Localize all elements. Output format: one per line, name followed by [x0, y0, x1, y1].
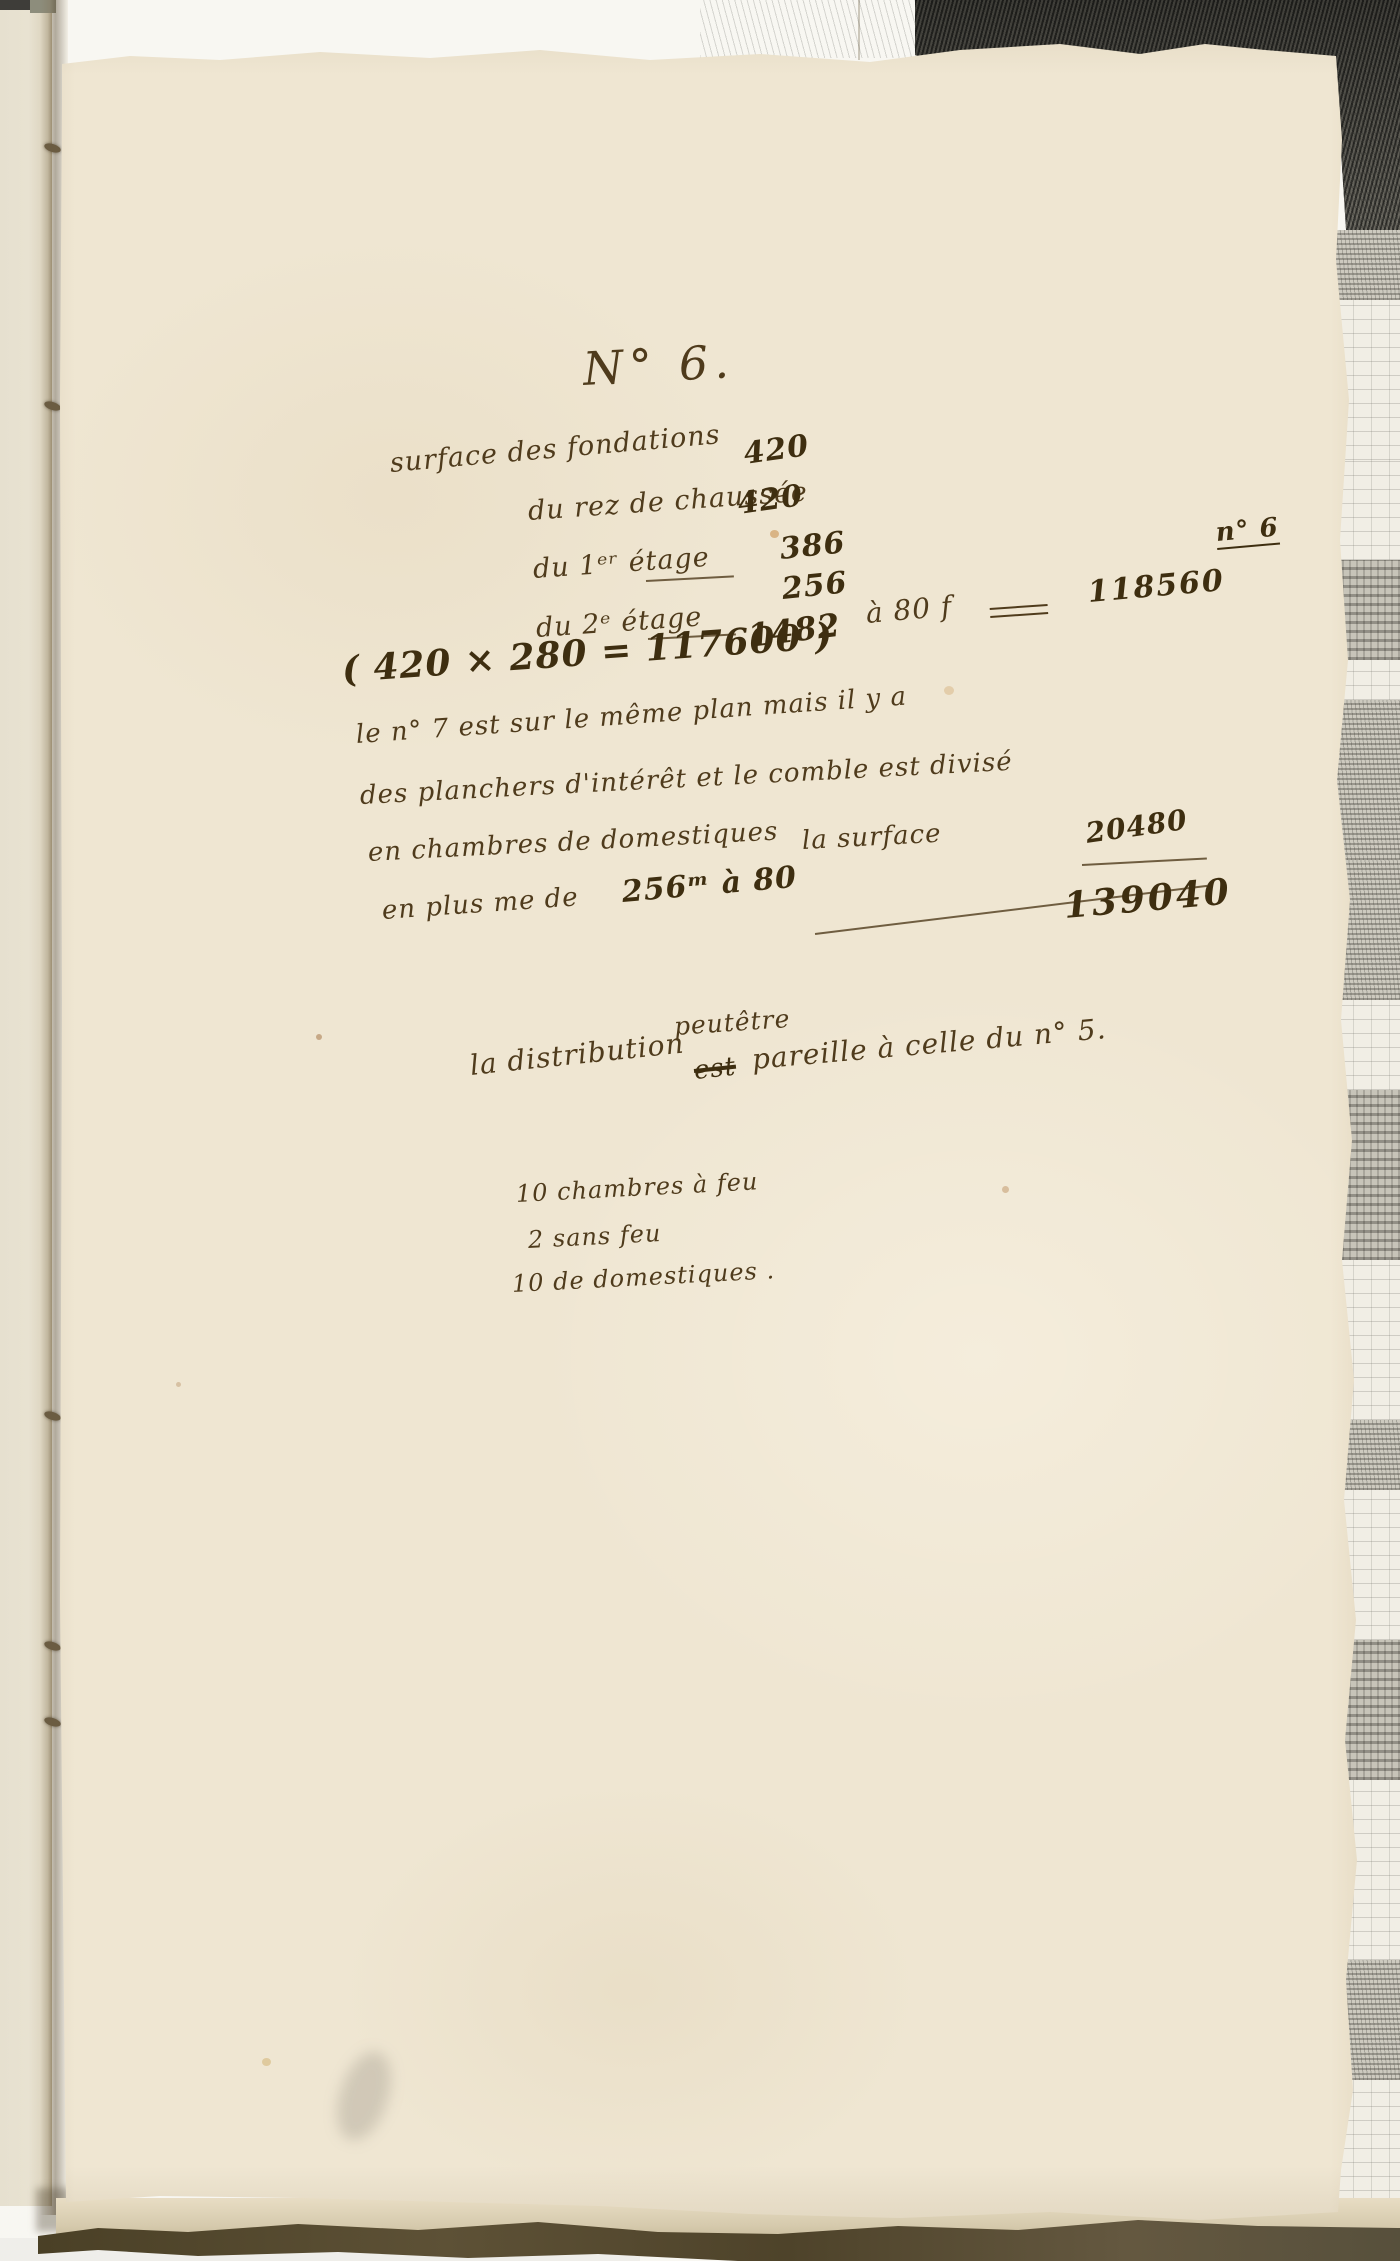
- sketch-band: [1335, 700, 1400, 860]
- sewing-hole: [43, 142, 62, 155]
- scanned-manuscript-sheet: N° 6. surface des fondations 420 du rez …: [0, 0, 1400, 2261]
- sketch-band: [1335, 460, 1400, 560]
- sewing-hole: [43, 400, 62, 413]
- sketch-band: [1335, 230, 1400, 300]
- manuscript-page: [0, 0, 1400, 2261]
- light-pencil-strokes: [700, 0, 915, 58]
- sewing-hole: [43, 1640, 62, 1653]
- sewing-hole: [43, 1410, 62, 1423]
- sewing-hole: [43, 1716, 62, 1729]
- top-left-shadow: [0, 0, 34, 10]
